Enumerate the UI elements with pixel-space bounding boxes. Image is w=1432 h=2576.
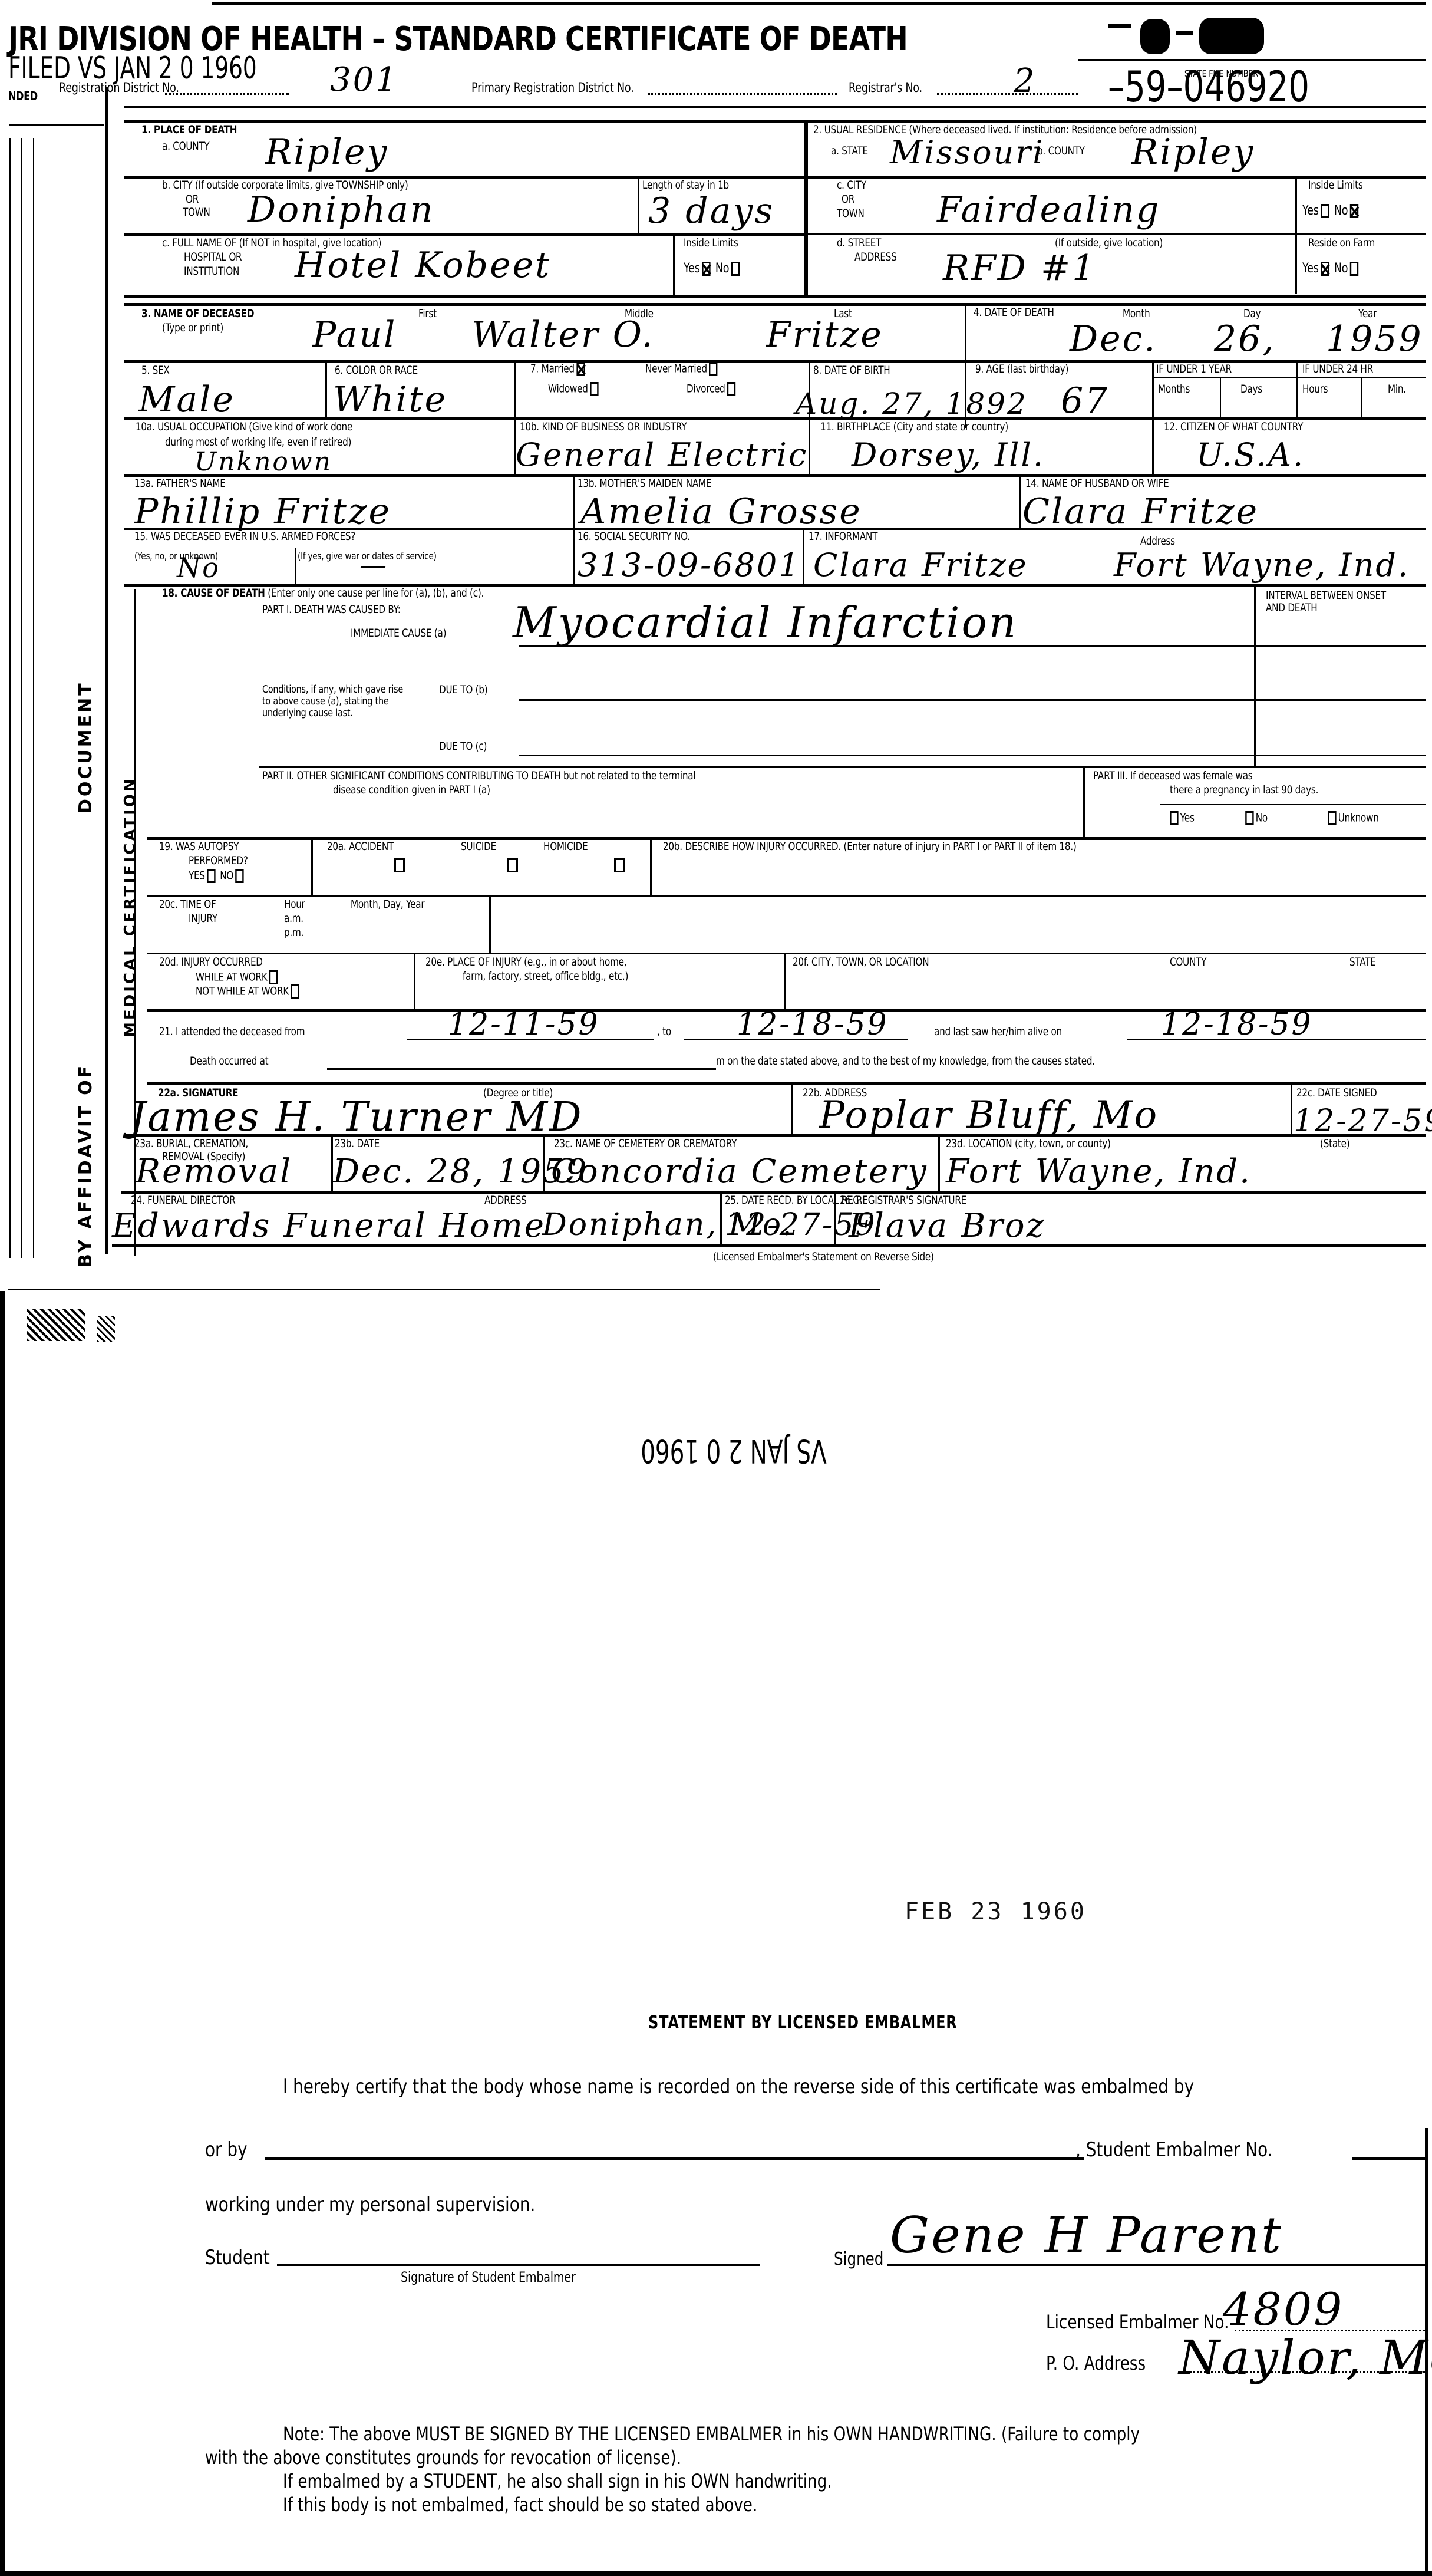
birthplace-value: Dorsey, Ill. [852, 439, 1045, 471]
marital-married: 7. Married [530, 362, 587, 376]
months-label: Months [1158, 383, 1190, 396]
residence-city-town: TOWN [837, 207, 865, 220]
widowed-label: Widowed [548, 383, 588, 396]
section-divider [804, 120, 808, 297]
part3-yes: Yes [1168, 811, 1195, 825]
part2-label: PART II. OTHER SIGNIFICANT CONDITIONS CO… [262, 770, 695, 782]
cause-of-death-hint: (Enter only one cause per line for (a), … [268, 587, 484, 599]
date-signed-value: 12-27-59 [1294, 1106, 1432, 1137]
dob-value: Aug. 27, 1892 [796, 389, 1028, 419]
divorced-checkbox[interactable] [727, 382, 735, 396]
institution-value: Hotel Kobeet [295, 248, 551, 283]
farm-yes-checkbox[interactable] [1321, 262, 1329, 276]
injury-state-label: STATE [1349, 956, 1376, 969]
inside-limits-yes-label: Yes [684, 261, 700, 276]
residence-inside-no-checkbox[interactable] [1350, 204, 1358, 218]
never-married-checkbox[interactable] [709, 362, 717, 376]
primary-registration-line [648, 93, 837, 95]
cell-divider [938, 1134, 940, 1191]
registration-district-line [165, 93, 289, 95]
residence-state-value: Missouri [890, 137, 1044, 169]
margin-line [9, 138, 11, 1258]
race-label: 6. COLOR OR RACE [335, 364, 418, 377]
length-of-stay-value: 3 days [648, 193, 774, 229]
row-rule [1160, 804, 1426, 805]
row-rule [124, 474, 1426, 477]
student-embalmer-no-line[interactable] [1352, 2157, 1425, 2160]
or-by-label: or by [205, 2138, 248, 2162]
last-saw-value: 12-18-59 [1161, 1009, 1313, 1040]
death-occurred-line [327, 1068, 716, 1070]
reverse-left-edge [0, 1291, 5, 2576]
days-label: Days [1240, 383, 1262, 396]
homicide-checkbox[interactable] [614, 858, 625, 872]
registrars-no-value: 2 [1014, 65, 1037, 98]
occupation-value: Unknown [194, 449, 332, 475]
cell-divider [784, 953, 786, 1009]
cell-divider [1019, 474, 1021, 530]
autopsy-yes-checkbox[interactable] [207, 869, 215, 883]
place-of-injury-label: 20e. PLACE OF INJURY (e.g., in or about … [425, 956, 626, 969]
part3-label: PART III. If deceased was female was [1093, 770, 1252, 782]
side-label-by-affidavit: BY AFFIDAVIT OF [75, 1079, 96, 1267]
sex-label: 5. SEX [141, 364, 170, 377]
institution-label-2: HOSPITAL OR [184, 251, 242, 263]
race-value: White [333, 382, 447, 417]
attended-to-label: , to [657, 1026, 671, 1038]
student-label: Student [205, 2246, 270, 2269]
time-of-injury-label-2: INJURY [189, 913, 217, 925]
not-while-at-work: NOT WHILE AT WORK [196, 984, 301, 999]
sex-value: Male [138, 382, 235, 417]
interval-divider [1254, 584, 1256, 766]
spouse-name-label: 14. NAME OF HUSBAND OR WIFE [1025, 477, 1169, 490]
cell-divider [573, 474, 575, 586]
citizen-value: U.S.A. [1196, 439, 1305, 471]
funeral-director-label: 24. FUNERAL DIRECTOR [131, 1194, 235, 1207]
funeral-address-label: ADDRESS [484, 1194, 527, 1207]
marital-divorced: Divorced [687, 382, 737, 396]
city-town-label: TOWN [183, 206, 210, 219]
pregnancy-yes-checkbox[interactable] [1170, 811, 1178, 825]
registrars-no-label: Registrar's No. [849, 81, 922, 95]
registrars-no-line [937, 93, 1078, 95]
state-file-number-value: –59–046920 [1108, 62, 1309, 111]
length-of-stay-label: Length of stay in 1b [642, 179, 729, 192]
business-value: General Electric [516, 439, 808, 471]
farm-no-label: No [1334, 261, 1348, 276]
supervision-text: working under my personal supervision. [205, 2193, 535, 2216]
cell-divider [1361, 377, 1362, 419]
street-label-2: ADDRESS [854, 251, 897, 263]
residence-inside-limits-label: Inside Limits [1308, 179, 1363, 192]
while-at-work-label: WHILE AT WORK [196, 971, 268, 984]
immediate-cause-value: Myocardial Infarction [513, 601, 1018, 644]
cell-divider [414, 953, 415, 1009]
po-address-label: P. O. Address [1046, 2352, 1146, 2374]
left-frame-line [105, 87, 108, 1254]
residence-inside-yes-checkbox[interactable] [1321, 204, 1329, 218]
top-rule [212, 2, 1426, 5]
date-signed-label: 22c. DATE SIGNED [1296, 1087, 1377, 1099]
informant-label: 17. INFORMANT [809, 531, 877, 543]
under-1-year-label: IF UNDER 1 YEAR [1156, 363, 1232, 375]
death-year-value: 1959 [1326, 321, 1423, 357]
cell-divider [1220, 377, 1221, 419]
cell-divider [1083, 766, 1085, 837]
cell-divider [673, 233, 675, 295]
registrar-signature-value: Flava Broz [849, 1210, 1045, 1243]
pregnancy-no-label: No [1256, 812, 1268, 825]
middle-name-value: Walter O. [471, 317, 655, 353]
cell-divider [1152, 360, 1154, 419]
burial-date-value: Dec. 28, 1959 [333, 1155, 588, 1188]
margin-rule [9, 124, 104, 126]
location-label: 23d. LOCATION (city, town, or county) [946, 1138, 1111, 1150]
residence-city-value: Fairdealing [937, 192, 1160, 228]
name-hint: (Type or print) [162, 322, 223, 334]
citizen-label: 12. CITIZEN OF WHAT COUNTRY [1164, 421, 1303, 433]
cause-c-line [519, 755, 1426, 756]
residence-inside-yes-label: Yes [1302, 203, 1319, 218]
age-value: 67 [1061, 383, 1109, 419]
redaction-dash [1176, 31, 1193, 35]
hour-label: Hour [284, 898, 305, 911]
note-line-4: If this body is not embalmed, fact shoul… [283, 2493, 757, 2516]
widowed-checkbox[interactable] [590, 382, 598, 396]
note-line-1: Note: The above MUST BE SIGNED BY THE LI… [283, 2423, 1140, 2445]
student-embalmer-no-label: , Student Embalmer No. [1075, 2138, 1273, 2162]
reverse-side-note: (Licensed Embalmer's Statement on Revers… [713, 1251, 934, 1263]
part2-label-2: disease condition given in PART I (a) [333, 784, 490, 796]
autopsy-label-2: PERFORMED? [189, 855, 248, 867]
primary-registration-label: Primary Registration District No. [471, 81, 633, 95]
autopsy-no-label: NO [220, 869, 233, 882]
age-label: 9. AGE (last birthday) [975, 363, 1068, 375]
burial-value: Removal [136, 1155, 292, 1188]
death-occurred-label: Death occurred at [190, 1055, 268, 1068]
registration-district-label: Registration District No. [59, 81, 179, 95]
row-rule [807, 233, 1426, 235]
accident-label: 20a. ACCIDENT [327, 841, 394, 853]
time-of-injury-label: 20c. TIME OF [159, 898, 216, 911]
suicide-checkbox[interactable] [507, 858, 518, 872]
homicide-label: HOMICIDE [543, 841, 588, 853]
cell-divider [295, 548, 296, 584]
last-name-value: Fritze [766, 317, 883, 353]
redaction-dash [1108, 24, 1131, 28]
cell-divider [791, 1082, 793, 1135]
while-at-work-checkbox[interactable] [269, 970, 278, 984]
interval-label: INTERVAL BETWEEN ONSET AND DEATH [1266, 589, 1388, 614]
cell-divider [1291, 1082, 1292, 1135]
redaction-mark [1199, 18, 1264, 54]
cemetery-label: 23c. NAME OF CEMETERY OR CREMATORY [554, 1138, 737, 1150]
injury-city-label: 20f. CITY, TOWN, OR LOCATION [793, 956, 929, 969]
row-rule [124, 303, 1426, 306]
po-address-value: Naylor, Mo [1179, 2334, 1432, 2381]
mirrored-filed-stamp: VS JAN 2 0 1960 [623, 1432, 827, 1470]
cell-divider [1152, 417, 1154, 476]
residence-county-label: b. COUNTY [1037, 145, 1085, 157]
immediate-cause-label: IMMEDIATE CAUSE (a) [351, 627, 446, 640]
part3-no: No [1243, 811, 1268, 825]
place-of-death-label: 1. PLACE OF DEATH [141, 124, 237, 136]
due-to-b-label: DUE TO (b) [439, 684, 487, 696]
birthplace-label: 11. BIRTHPLACE (City and state or countr… [820, 421, 1008, 433]
street-value: RFD #1 [943, 251, 1096, 286]
burial-label: 23a. BURIAL, CREMATION, [134, 1138, 248, 1150]
mother-maiden-name-value: Amelia Grosse [580, 494, 862, 529]
note-line-3: If embalmed by a STUDENT, he also shall … [283, 2470, 832, 2492]
death-certificate-reverse: VS JAN 2 0 1960 FEB 23 1960 STATEMENT BY… [0, 1291, 1432, 2576]
while-at-work: WHILE AT WORK [196, 970, 279, 984]
not-while-at-work-label: NOT WHILE AT WORK [196, 985, 289, 998]
inside-limits-no-label: No [715, 261, 729, 276]
cell-divider [803, 528, 804, 584]
funeral-director-value: Edwards Funeral Home [112, 1210, 546, 1243]
mother-maiden-name-label: 13b. MOTHER'S MAIDEN NAME [578, 477, 711, 490]
marital-never: Never Married [645, 362, 720, 376]
informant-address-value: Fort Wayne, Ind. [1114, 549, 1410, 581]
row-rule [124, 295, 1426, 298]
hours-label: Hours [1302, 383, 1328, 396]
street-label: d. STREET [837, 237, 881, 249]
cell-divider [650, 837, 652, 896]
due-to-c-label: DUE TO (c) [439, 740, 487, 753]
row-rule [1152, 377, 1426, 378]
reverse-bottom-edge [0, 2571, 1432, 2576]
row-rule [147, 953, 1426, 954]
registrar-signature-label: 26. REGISTRAR'S SIGNATURE [840, 1194, 966, 1207]
cell-divider [489, 895, 491, 954]
margin-line [33, 138, 34, 1258]
side-label-medical-certification: MEDICAL CERTIFICATION [121, 766, 139, 1037]
father-name-value: Phillip Fritze [134, 494, 391, 529]
inside-limits-yes-checkbox[interactable] [702, 262, 710, 276]
cell-divider [514, 360, 516, 419]
place-of-injury-label-2: farm, factory, street, office bldg., etc… [463, 970, 628, 983]
cell-divider [638, 176, 639, 235]
row-rule [147, 1082, 1426, 1085]
row-rule [124, 120, 1426, 123]
residence-state-label: a. STATE [831, 145, 868, 157]
not-while-at-work-checkbox[interactable] [291, 984, 299, 999]
pregnancy-unknown-checkbox[interactable] [1328, 811, 1336, 825]
death-occurred-suffix: m on the date stated above, and to the b… [716, 1055, 1095, 1068]
cause-b-line [519, 699, 1426, 701]
certify-text: I hereby certify that the body whose nam… [283, 2075, 1194, 2099]
ssn-label: 16. SOCIAL SECURITY NO. [578, 531, 690, 543]
attended-label: 21. I attended the deceased from [159, 1026, 305, 1038]
attended-from-value: 12-11-59 [448, 1009, 600, 1040]
cell-divider [809, 417, 810, 476]
armed-forces-service-value: — [359, 551, 388, 578]
signed-label: Signed [834, 2249, 883, 2269]
date-of-death-label: 4. DATE OF DEATH [974, 307, 1054, 319]
cell-divider [543, 1134, 545, 1191]
attended-to-value: 12-18-59 [737, 1009, 889, 1040]
min-label: Min. [1388, 383, 1406, 396]
bleed-through-mark [97, 1316, 115, 1342]
under-24-hr-label: IF UNDER 24 HR [1302, 363, 1373, 375]
first-label: First [418, 308, 437, 320]
name-of-deceased-label: 3. NAME OF DECEASED [141, 308, 254, 320]
side-label-document: DOCUMENT [75, 589, 96, 813]
divorced-label: Divorced [687, 383, 725, 396]
pregnancy-unknown-label: Unknown [1338, 812, 1379, 825]
row-rule [112, 1244, 1426, 1247]
received-date-stamp: FEB 23 1960 [905, 1898, 1087, 1925]
never-married-label: Never Married [645, 363, 707, 375]
am-label: a.m. [284, 913, 303, 925]
institution-label-3: INSTITUTION [184, 265, 239, 278]
autopsy-label: 19. WAS AUTOPSY [159, 841, 239, 853]
death-month-value: Dec. [1070, 321, 1157, 357]
suicide-label: SUICIDE [461, 841, 496, 853]
death-certificate-front: JRI DIVISION OF HEALTH – STANDARD CERTIF… [0, 0, 1432, 1285]
inside-limits-label: Inside Limits [684, 237, 738, 249]
residence-city-label: c. CITY [837, 179, 866, 192]
injury-county-label: COUNTY [1170, 956, 1206, 969]
occupation-label: 10a. USUAL OCCUPATION (Give kind of work… [136, 421, 352, 433]
part1-label: PART I. DEATH WAS CAUSED BY: [262, 604, 401, 616]
reside-on-farm-options: Yes No [1302, 262, 1360, 276]
pregnancy-yes-label: Yes [1180, 812, 1195, 825]
autopsy-options: YES NO [189, 869, 246, 883]
autopsy-yes-label: YES [189, 869, 205, 882]
part3-unknown: Unknown [1326, 811, 1379, 825]
registration-district-value: 301 [330, 64, 398, 97]
front-bottom-edge [8, 1289, 880, 1290]
part3-label-2: there a pregnancy in last 90 days. [1170, 784, 1318, 796]
residence-inside-limits-options: Yes No [1302, 204, 1360, 218]
informant-value: Clara Fritze [813, 549, 1028, 581]
row-rule [259, 766, 1426, 768]
informant-address-label: Address [1140, 535, 1175, 548]
last-saw-label: and last saw her/him alive on [934, 1026, 1062, 1038]
or-by-line[interactable] [265, 2157, 1084, 2160]
pregnancy-no-checkbox[interactable] [1245, 811, 1253, 825]
residence-city-or: OR [842, 193, 854, 206]
marital-widowed: Widowed [548, 382, 600, 396]
place-county-value: Ripley [265, 134, 388, 170]
location-value: Fort Wayne, Ind. [946, 1155, 1252, 1188]
cause-of-death-section: 18. CAUSE OF DEATH (Enter only one cause… [162, 587, 484, 599]
accident-checkbox[interactable] [394, 858, 405, 872]
redaction-mark [1140, 19, 1170, 54]
burial-date-label: 23b. DATE [335, 1138, 380, 1150]
death-day-value: 26, [1214, 321, 1275, 357]
embalmer-signature: Gene H Parent [890, 2211, 1283, 2260]
farm-no-checkbox[interactable] [1350, 262, 1358, 276]
row-rule [124, 106, 1426, 108]
place-city-value: Doniphan [248, 192, 435, 228]
file-number-rule [1078, 59, 1426, 61]
dob-label: 8. DATE OF BIRTH [813, 364, 890, 377]
armed-forces-label: 15. WAS DECEASED EVER IN U.S. ARMED FORC… [134, 531, 355, 543]
embalmer-statement-title: STATEMENT BY LICENSED EMBALMER [648, 2013, 958, 2033]
residence-county-value: Ripley [1131, 134, 1255, 170]
student-signature-caption: Signature of Student Embalmer [401, 2269, 576, 2285]
location-state-label: (State) [1320, 1138, 1349, 1150]
business-label: 10b. KIND OF BUSINESS OR INDUSTRY [520, 421, 687, 433]
spouse-name-value: Clara Fritze [1022, 494, 1259, 529]
row-rule [147, 895, 1426, 897]
inside-limits-no-checkbox[interactable] [731, 262, 740, 276]
reside-on-farm-label: Reside on Farm [1308, 237, 1375, 249]
student-signature-line[interactable] [277, 2264, 760, 2266]
cemetery-value: Concordia Cemetery [551, 1155, 928, 1188]
licensed-embalmer-no-value: 4809 [1223, 2287, 1344, 2332]
row-rule [124, 1134, 1426, 1137]
amended-label: NDED [8, 90, 38, 103]
cell-divider [1296, 360, 1298, 419]
cell-divider [325, 360, 327, 419]
married-label: 7. Married [530, 363, 575, 375]
city-or-label: OR [186, 193, 199, 206]
ssn-value: 313-09-6801 [578, 549, 801, 581]
father-name-label: 13a. FATHER'S NAME [134, 477, 226, 490]
residence-inside-no-label: No [1334, 203, 1348, 218]
first-name-value: Paul [312, 317, 397, 353]
bleed-through-mark [27, 1309, 85, 1341]
farm-yes-label: Yes [1302, 261, 1319, 276]
cell-divider [834, 1191, 836, 1244]
cell-divider [311, 837, 313, 896]
cell-divider [720, 1191, 722, 1244]
note-line-2: with the above constitutes grounds for r… [205, 2446, 681, 2469]
margin-line [21, 138, 22, 1258]
cause-a-line [519, 645, 1426, 647]
county-label: a. COUNTY [162, 140, 209, 153]
inside-limits-options: Yes No [684, 262, 741, 276]
describe-injury-label: 20b. DESCRIBE HOW INJURY OCCURRED. (Ente… [663, 841, 1077, 853]
autopsy-no-checkbox[interactable] [235, 869, 243, 883]
armed-forces-value: No [177, 554, 220, 581]
physician-address-value: Poplar Bluff, Mo [819, 1096, 1159, 1134]
cause-of-death-label: 18. CAUSE OF DEATH [162, 587, 265, 599]
month-day-year-label: Month, Day, Year [351, 898, 424, 911]
married-checkbox[interactable] [576, 362, 585, 376]
physician-signature: James H. Turner MD [130, 1098, 583, 1138]
conditions-hint: Conditions, if any, which gave rise to a… [262, 684, 413, 719]
injury-occurred-label: 20d. INJURY OCCURRED [159, 956, 263, 969]
pm-label: p.m. [284, 927, 303, 939]
